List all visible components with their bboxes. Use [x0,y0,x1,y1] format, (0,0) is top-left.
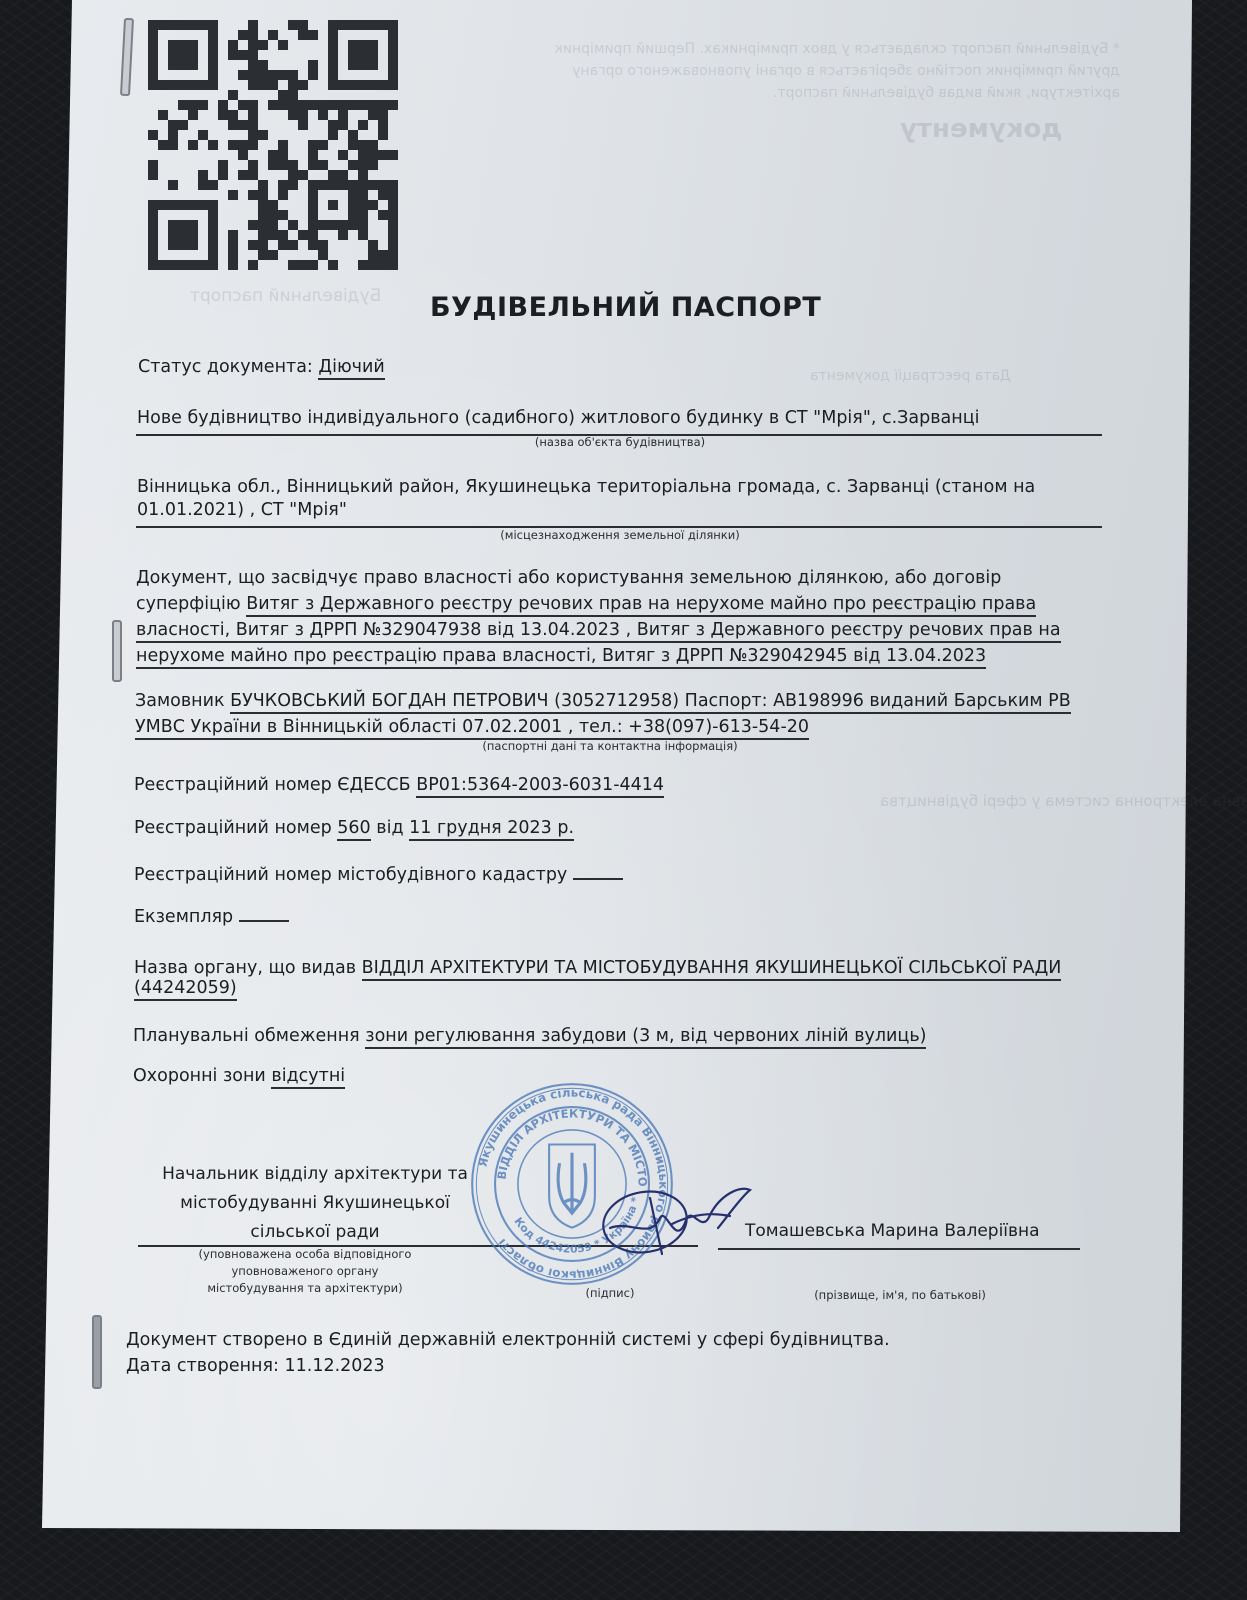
signatory-position: Начальник відділу архітектури та містобу… [150,1160,480,1247]
ownership-value: Витяг з Державного реєстру речових прав … [246,594,1036,617]
ownership-row-4: нерухоме майно про реєстрацію права влас… [136,643,986,669]
cadastre-value [573,860,623,880]
object-name-caption: (назва об'єкта будівництва) [490,435,750,449]
signatory-position-line: містобудуванні Якушинецької [150,1189,480,1218]
caption-line: (уповноважена особа відповідного [170,1246,440,1263]
protected-zones-label: Охоронні зони [133,1066,266,1086]
issuer-code: (44242059) [134,978,237,1001]
page-title: БУДІВЕЛЬНИЙ ПАСПОРТ [430,292,821,323]
edessb-value: ВР01:5364-2003-6031-4414 [416,775,664,798]
planning-row: Планувальні обмеження зони регулювання з… [133,1023,926,1049]
issuer-row: Назва органу, що видав ВІДДІЛ АРХІТЕКТУР… [134,955,1061,981]
customer-value: УМВС України в Вінницькій області 07.02.… [135,717,809,740]
signatory-position-line: сільської ради [150,1218,480,1247]
planning-label: Планувальні обмеження [133,1026,360,1046]
signatory-name: Томашевська Марина Валеріївна [745,1221,1040,1241]
registration-date: 11 грудня 2023 р. [409,818,574,841]
created-date: 11.12.2023 [284,1356,384,1376]
registration-number: 560 [337,818,370,841]
signatory-name-caption: (прізвище, ім'я, по батькові) [790,1288,1010,1302]
status-row: Статус документа: Діючий [138,354,385,380]
ownership-label: Документ, що засвідчує право власності а… [136,565,1001,591]
customer-value: БУЧКОВСЬКИЙ БОГДАН ПЕТРОВИЧ (3052712958)… [230,691,1071,714]
cadastre-label: Реєстраційний номер містобудівного кадас… [134,865,567,885]
customer-label: Замовник [135,691,225,711]
edessb-row: Реєстраційний номер ЄДЕССБ ВР01:5364-200… [134,772,664,798]
registration-row: Реєстраційний номер 560 від 11 грудня 20… [134,815,574,841]
handwritten-signature [590,1180,760,1265]
registration-date-sep: від [376,818,403,838]
cadastre-row: Реєстраційний номер містобудівного кадас… [134,860,623,888]
land-location-caption: (місцезнаходження земельної ділянки) [470,528,770,542]
status-label: Статус документа: [138,357,313,377]
issuer-row-2: (44242059) [134,975,237,1001]
customer-row: Замовник БУЧКОВСЬКИЙ БОГДАН ПЕТРОВИЧ (30… [135,688,1071,714]
registration-label: Реєстраційний номер [134,818,332,838]
document-body: БУДІВЕЛЬНИЙ ПАСПОРТ Статус документа: Ді… [0,0,1247,1600]
ownership-row-2: суперфіцію Витяг з Державного реєстру ре… [136,591,1036,617]
caption-line: містобудування та архітектури) [170,1280,440,1297]
protected-zones-row: Охоронні зони відсутні [133,1063,345,1089]
ownership-row-3: власності, Витяг з ДРРП №329047938 від 1… [136,617,1061,643]
ownership-label-superficies: суперфіцію [136,594,241,614]
edessb-label: Реєстраційний номер ЄДЕССБ [134,775,411,795]
footer-system-note: Документ створено в Єдиній державній еле… [126,1330,890,1350]
ownership-value: власності, Витяг з ДРРП №329047938 від 1… [136,620,1061,643]
ownership-value: нерухоме майно про реєстрацію права влас… [136,646,986,669]
copy-row: Екземпляр [134,902,289,930]
land-location-line2: 01.01.2021) , СТ "Мрія" [137,497,347,523]
issuer-value: ВІДДІЛ АРХІТЕКТУРИ ТА МІСТОБУДУВАННЯ ЯКУ… [362,958,1062,981]
copy-value [239,902,289,922]
copy-label: Екземпляр [134,907,233,927]
customer-row-2: УМВС України в Вінницькій області 07.02.… [135,714,809,740]
status-value: Діючий [318,357,384,380]
signature-caption: (підпис) [570,1286,650,1300]
name-line [718,1248,1080,1250]
signatory-position-line: Начальник відділу архітектури та [150,1160,480,1189]
created-label: Дата створення: [126,1356,279,1376]
caption-line: уповноваженого органу [170,1263,440,1280]
object-name-value: Нове будівництво індивідуального (садибн… [137,405,979,431]
planning-value: зони регулювання забудови (3 м, від черв… [365,1026,926,1049]
signatory-position-caption: (уповноважена особа відповідного уповнов… [170,1246,440,1297]
protected-zones-value: відсутні [271,1066,345,1089]
footer-created: Дата створення: 11.12.2023 [126,1356,385,1376]
customer-caption: (паспортні дані та контактна інформація) [460,739,760,753]
